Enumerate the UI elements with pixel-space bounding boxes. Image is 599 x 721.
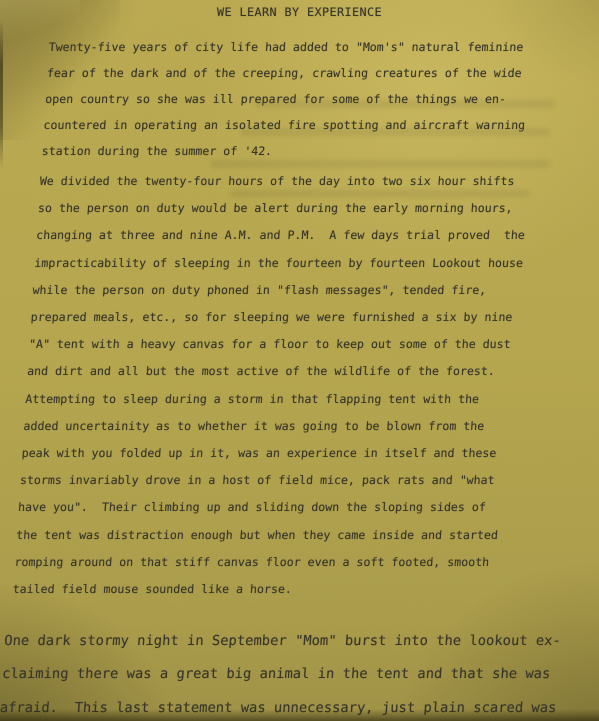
text-line: storms invariably drove in a host of fie… — [19, 467, 571, 494]
document-page: WE LEARN BY EXPERIENCE Twenty-five years… — [0, 0, 599, 721]
paragraph-3: One dark stormy night in September "Mom"… — [0, 625, 560, 721]
paragraph-2: We divided the twenty-four hours of the … — [0, 168, 591, 603]
text-line: countered in operating an isolated fire … — [43, 112, 595, 138]
text-line: We divided the twenty-four hours of the … — [39, 168, 591, 195]
text-line: peak with you folded up in it, was an ex… — [21, 440, 573, 467]
text-line: Attempting to sleep during a storm in th… — [24, 386, 576, 413]
text-line: have you". Their climbing up and sliding… — [17, 494, 569, 521]
text-line: tailed field mouse sounded like a horse. — [12, 576, 564, 603]
text-line: afraid. This last statement was unnecess… — [0, 692, 556, 721]
text-line: fear of the dark and of the creeping, cr… — [46, 60, 598, 86]
text-line: station during the summer of '42. — [41, 138, 593, 164]
paragraph-1: Twenty-five years of city life had added… — [0, 34, 599, 164]
text-line: prepared meals, etc., so for sleeping we… — [30, 304, 582, 331]
text-line: romping around on that stiff canvas floo… — [14, 549, 566, 576]
text-line: and dirt and all but the most active of … — [26, 358, 578, 385]
text-line: One dark stormy night in September "Mom"… — [3, 625, 560, 658]
text-line: so the person on duty would be alert dur… — [37, 195, 589, 222]
document-body: Twenty-five years of city life had added… — [0, 0, 599, 721]
text-line: open country so she was ill prepared for… — [44, 86, 596, 112]
text-line: impracticability of sleeping in the four… — [33, 250, 585, 277]
text-line: the tent was distraction enough but when… — [15, 522, 567, 549]
text-line: added uncertainity as to whether it was … — [23, 413, 575, 440]
text-line: "A" tent with a heavy canvas for a floor… — [28, 331, 580, 358]
text-line: changing at three and nine A.M. and P.M.… — [35, 222, 587, 249]
text-line: claiming there was a great big animal in… — [1, 658, 558, 691]
text-line: Twenty-five years of city life had added… — [48, 34, 599, 60]
text-line: while the person on duty phoned in "flas… — [32, 277, 584, 304]
